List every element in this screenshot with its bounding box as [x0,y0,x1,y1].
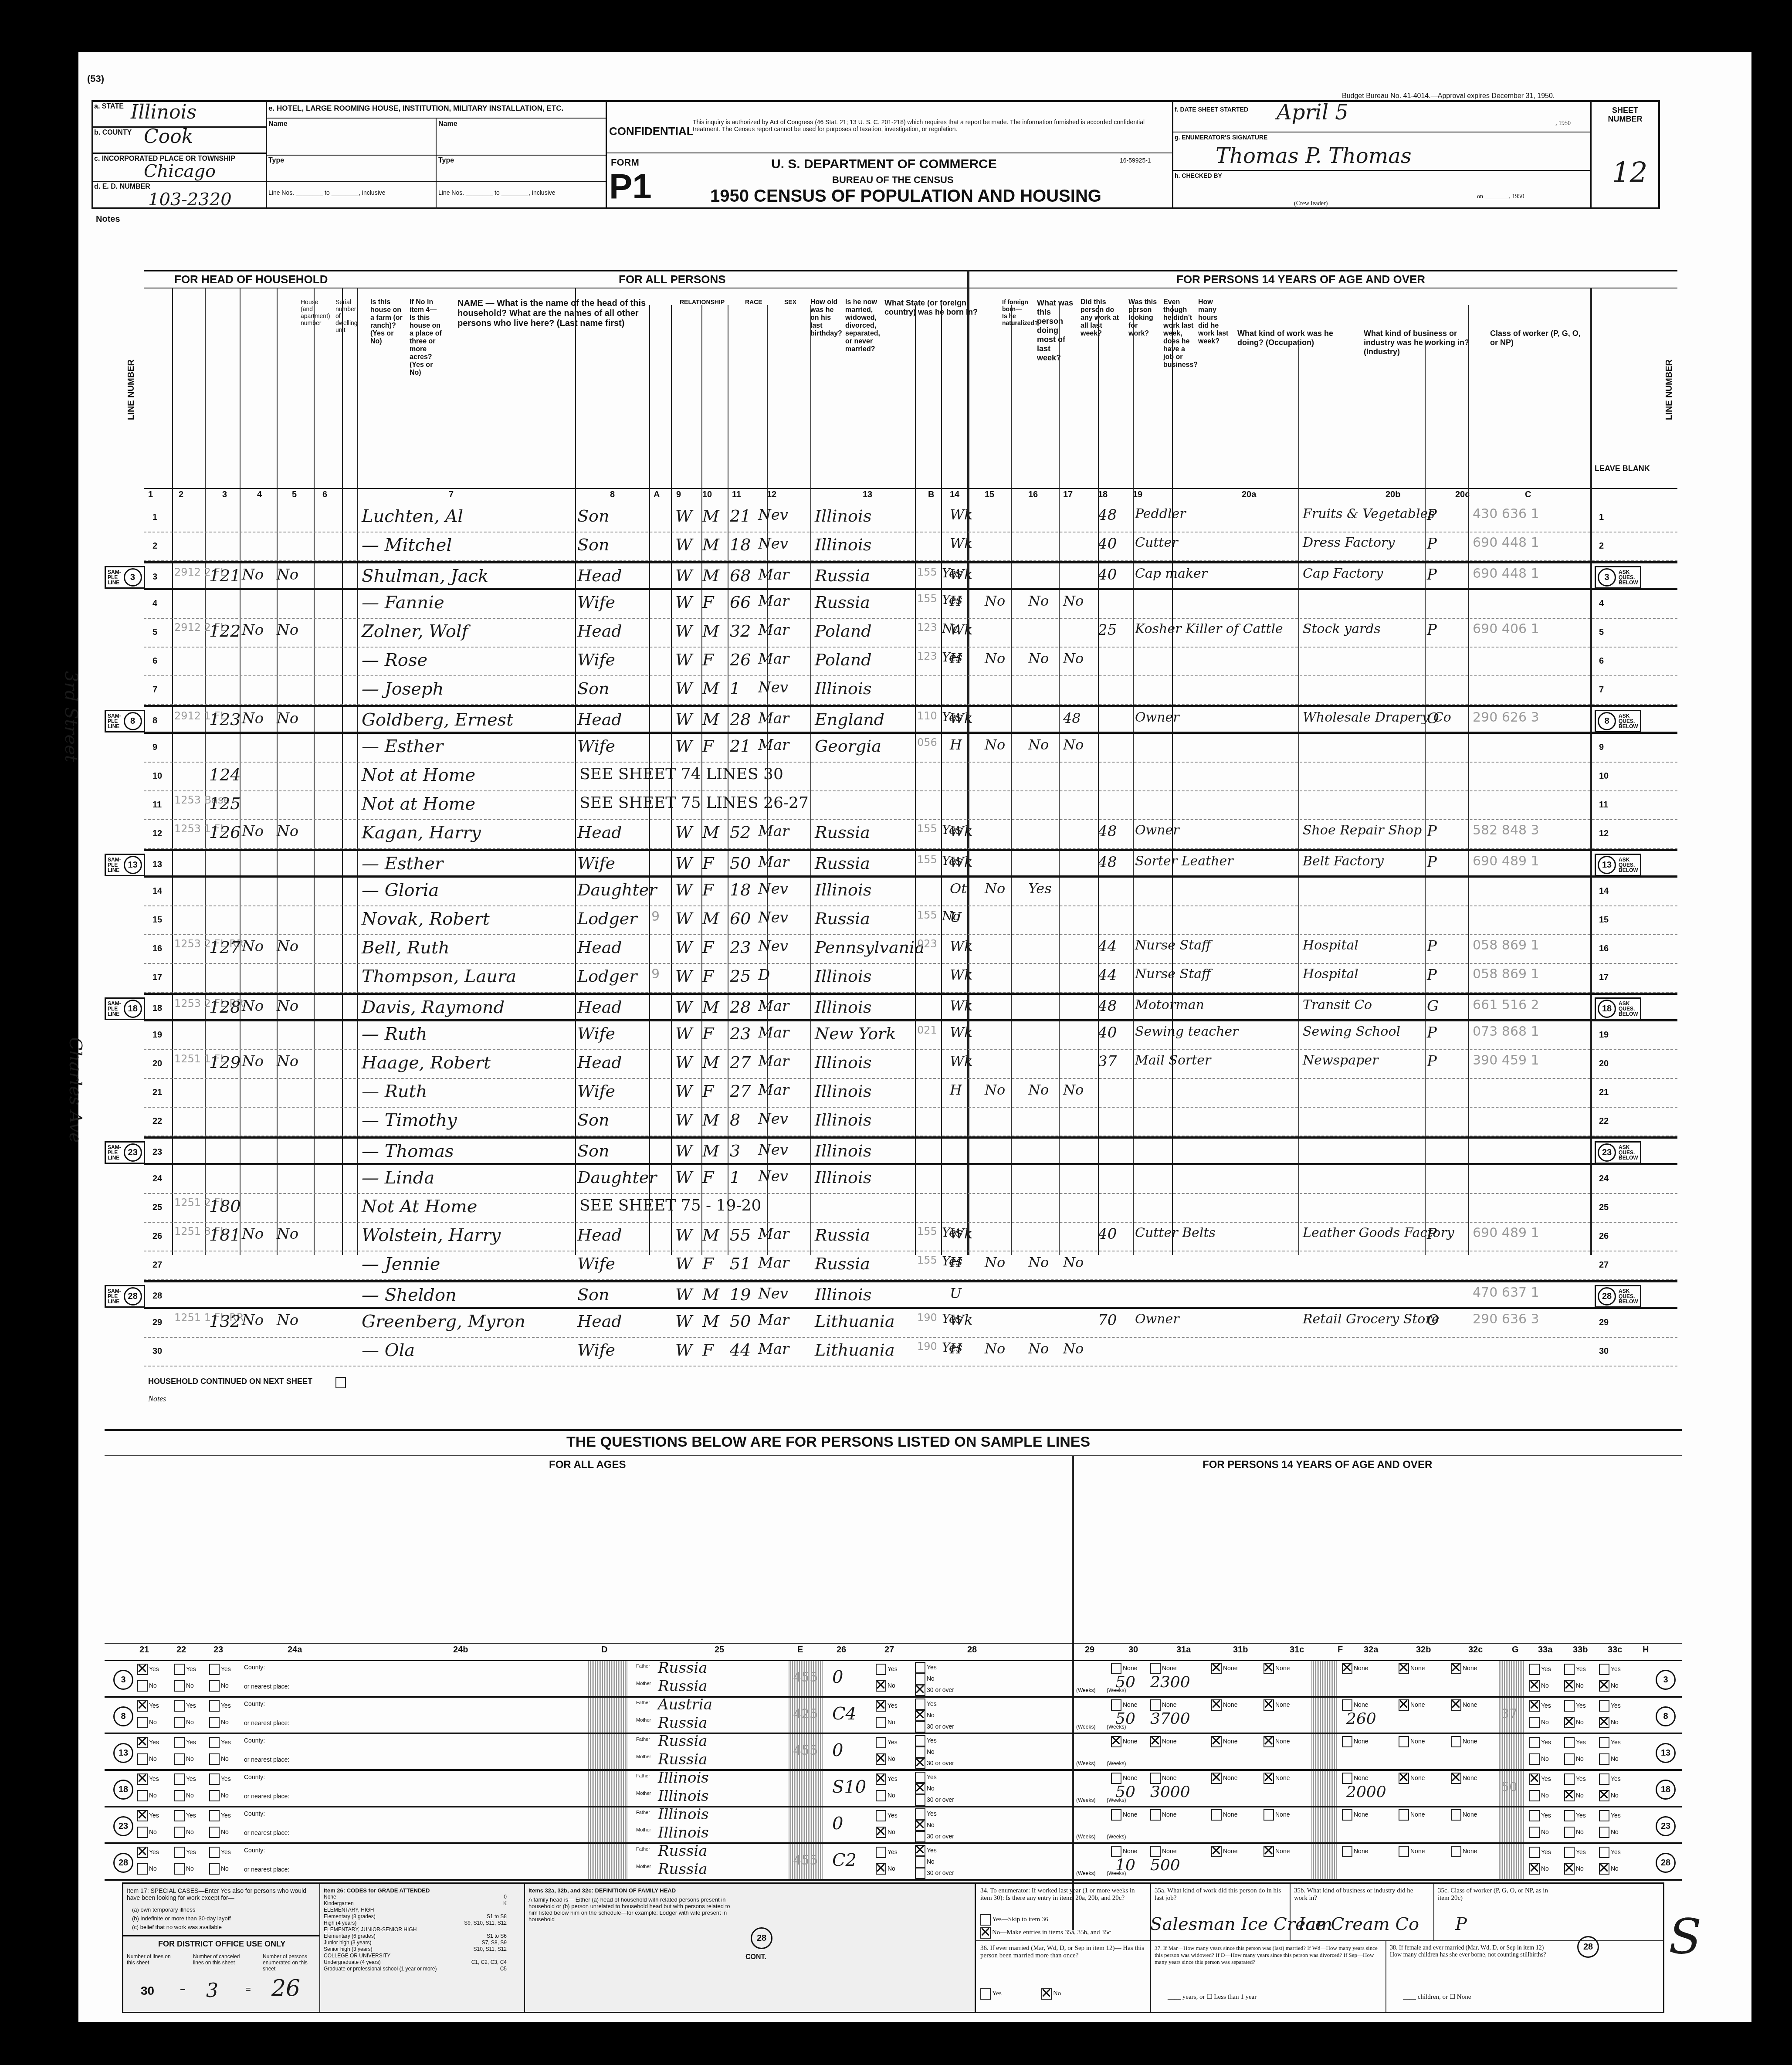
cell-occ: Kosher Killer of Cattle [1135,621,1283,637]
q23-yes-checkbox[interactable] [209,1847,220,1858]
cell-race: W [675,1141,692,1160]
sample-row: 3YesNoYesNoYesNoCounty:or nearest place:… [105,1661,1682,1698]
cell-birth: Illinois [815,1285,871,1304]
q31c-none-checkbox[interactable] [1264,1773,1274,1784]
sample-line-number: 18 [113,1780,133,1800]
q31c-none-checkbox[interactable] [1264,1846,1274,1857]
cell-race: W [675,566,692,585]
cell-mar: Nev [758,679,788,696]
line-number: 25 [152,1203,162,1213]
household-continued-checkbox[interactable] [335,1377,346,1388]
location-block: a. STATE Illinois b. COUNTY Cook c. INCO… [91,100,267,209]
cell-cls: P [1427,621,1437,639]
q27-yes-checkbox[interactable] [876,1737,886,1748]
q22-no-checkbox[interactable] [174,1863,185,1875]
q31a-none-checkbox[interactable] [1150,1736,1161,1747]
q33c-yes-checkbox[interactable] [1599,1847,1609,1858]
cell-acres: No [277,621,298,639]
cell-age: 55 [730,1225,751,1244]
q23-yes-checkbox[interactable] [209,1737,220,1748]
cell-hours: 48 [1098,997,1117,1015]
q21-no-checkbox[interactable] [137,1790,148,1801]
cell-b: 056 [917,736,937,749]
q28-yes-checkbox[interactable] [915,1735,925,1746]
cell-name: — Esther [362,854,443,874]
cell-activity: Wk [950,1312,972,1328]
grade-code-row: Junior high (3 years)S7, S8, S9 [324,1940,507,1946]
confidential-label: CONFIDENTIAL [609,125,694,138]
cell-sex: F [702,854,714,873]
cell-mar: Nev [758,880,788,898]
q28-30-checkbox[interactable] [915,1721,925,1733]
cell-rel: Son [577,679,609,698]
q32b-none-checkbox[interactable] [1399,1663,1409,1674]
cell-birth: Illinois [815,1110,871,1129]
q31c-none-checkbox[interactable] [1264,1809,1274,1821]
q36-yes-checkbox[interactable] [980,1988,991,2000]
sample-row: 23YesNoYesNoYesNoCounty:or nearest place… [105,1807,1682,1844]
q23-yes-checkbox[interactable] [209,1810,220,1821]
cell-occ: Peddler [1135,506,1186,522]
cell-rel: Wife [577,593,615,612]
person-row: 25251251 2 FL180Not At HomeSEE SHEET 75 … [144,1194,1677,1223]
q33a-yes-checkbox[interactable] [1529,1773,1540,1785]
q33b-no-checkbox[interactable] [1564,1680,1575,1692]
cell-name: — Linda [362,1168,434,1188]
person-row: 3SAM-PLELINE33ASKQUES.BELOW2912 2 FL121N… [144,561,1677,590]
q27-no-checkbox[interactable] [876,1680,886,1692]
q21-no-checkbox[interactable] [137,1753,148,1765]
sample-line-tag: SAM-PLELINE18 [105,997,145,1020]
cell-cls: P [1427,566,1437,583]
q33a-no-checkbox[interactable] [1529,1790,1540,1801]
cell-hours: 40 [1098,566,1117,583]
cell-rel: Son [577,1141,609,1160]
cell-age: 21 [730,506,751,526]
highest-grade: 0 [832,1667,843,1687]
q32b-none-checkbox[interactable] [1399,1736,1409,1747]
mother-birthplace: Russia [658,1751,708,1768]
q28-30-checkbox[interactable] [915,1758,925,1769]
census-sheet: (53) Budget Bureau No. 41-4014.—Approval… [78,52,1751,2022]
q23-yes-checkbox[interactable] [209,1664,220,1675]
q28-30-checkbox[interactable] [915,1831,925,1842]
line-number-right: 30 [1599,1346,1609,1356]
cell-age: 50 [730,1312,751,1331]
q32a-none-checkbox[interactable] [1342,1846,1352,1857]
ask-questions-below-tag: 13ASKQUES.BELOW [1595,854,1641,876]
ed-number: 103-2320 [148,190,232,210]
q27-yes-checkbox[interactable] [876,1664,886,1675]
q21-no-checkbox[interactable] [137,1827,148,1838]
q33a-no-checkbox[interactable] [1529,1827,1540,1838]
cell-cls: P [1427,1024,1437,1041]
cell-ind: Sewing School [1303,1024,1400,1039]
q21-no-checkbox[interactable] [137,1680,148,1692]
q32c-none-checkbox[interactable] [1451,1699,1461,1711]
cell-mar: Mar [758,1024,789,1041]
cell-sex: F [702,1082,714,1101]
form-id: P1 [609,169,652,204]
q33a-no-checkbox[interactable] [1529,1680,1540,1692]
q33c-no-checkbox[interactable] [1599,1753,1609,1765]
cell-birth: Illinois [815,966,871,986]
cell-ind: Fruits & Vegetables [1303,506,1435,522]
q27-no-checkbox[interactable] [876,1717,886,1728]
q28-no-checkbox[interactable] [915,1710,925,1721]
cell-age: 50 [730,854,751,873]
cell-ind: Newspaper [1303,1053,1378,1068]
ask-questions-below-tag: 28ASKQUES.BELOW [1595,1285,1641,1308]
q30-none-checkbox[interactable] [1111,1773,1121,1784]
q28-30-checkbox[interactable] [915,1685,925,1696]
leave-blank-d [588,1734,627,1769]
cell-occ: Sewing teacher [1135,1024,1239,1039]
q21-no-checkbox[interactable] [137,1863,148,1875]
q28-30-checkbox[interactable] [915,1868,925,1879]
cell-age: 66 [730,593,751,612]
q33b-yes-checkbox[interactable] [1564,1664,1575,1675]
q32a-none-checkbox[interactable] [1342,1773,1352,1784]
cell-name: — Fannie [362,593,444,613]
q33c-no-checkbox[interactable] [1599,1717,1609,1728]
cell-hours: 40 [1098,1024,1117,1041]
cell-code: 690 448 1 [1473,566,1539,581]
q22-no-checkbox[interactable] [174,1717,185,1728]
q33c-no-checkbox[interactable] [1599,1790,1609,1801]
q21-yes-checkbox[interactable] [137,1847,148,1858]
cell-race: W [675,1254,692,1273]
cell-sex: M [702,621,719,641]
q28-yes-checkbox[interactable] [915,1845,925,1856]
q21-yes-checkbox[interactable] [137,1773,148,1785]
q32c-none-checkbox[interactable] [1451,1846,1461,1857]
cell-ind: Stock yards [1303,621,1381,637]
q32b-none-checkbox[interactable] [1399,1699,1409,1711]
q33a-yes-checkbox[interactable] [1529,1700,1540,1712]
cell-race: W [675,1312,692,1331]
cell-serial: 124 [209,765,241,784]
q30-none-checkbox[interactable] [1111,1699,1121,1711]
line-number-right: 27 [1599,1260,1609,1270]
cell-activity: H [950,736,962,753]
q21-yes-checkbox[interactable] [137,1810,148,1821]
q22-yes-checkbox[interactable] [174,1773,185,1785]
cell-occ: Motorman [1135,997,1204,1013]
q33c-no-checkbox[interactable] [1599,1680,1609,1692]
cell-birth: Poland [815,650,872,669]
q28-no-checkbox[interactable] [915,1856,925,1868]
cell-q16: No [985,736,1005,753]
q27-yes-checkbox[interactable] [876,1773,886,1785]
cell-mar: Nev [758,1168,788,1185]
q32a-none-checkbox[interactable] [1342,1663,1352,1674]
cell-activity: H [950,650,962,667]
cell-sex: M [702,1053,719,1072]
line-number-right: 26 [1599,1231,1609,1241]
q33b-no-checkbox[interactable] [1564,1753,1575,1765]
q30-none-checkbox[interactable] [1111,1736,1121,1747]
cell-birth: England [815,710,884,729]
q36-no-checkbox[interactable] [1041,1988,1052,2000]
leave-blank-d [588,1807,627,1842]
q33b-no-checkbox[interactable] [1564,1863,1575,1875]
confidential-text: This inquiry is authorized by Act of Con… [693,119,1163,132]
q33c-yes-checkbox[interactable] [1599,1700,1609,1712]
department: U. S. DEPARTMENT OF COMMERCE [771,157,997,172]
q22-no-checkbox[interactable] [174,1827,185,1838]
date-started: April 5 [1277,100,1348,125]
grade-code-row: ELEMENTARY, JUNIOR-SENIOR HIGH [324,1926,507,1933]
cell-q17: No [1028,1254,1049,1271]
q32a-none-checkbox[interactable] [1342,1699,1352,1711]
grade-code-row: KindergartenK [324,1900,507,1907]
q27-yes-checkbox[interactable] [876,1810,886,1821]
q33a-yes-checkbox[interactable] [1529,1810,1540,1821]
cell-acres: No [277,997,298,1015]
q30-none-checkbox[interactable] [1111,1809,1121,1821]
q32c-none-checkbox[interactable] [1451,1663,1461,1674]
cell-sex: M [702,506,719,526]
q33a-yes-checkbox[interactable] [1529,1664,1540,1675]
cell-serial: 127 [209,938,241,957]
cell-rel: Wife [577,1024,615,1043]
cell-q16: No [985,1340,1005,1357]
q31a-none-checkbox[interactable] [1150,1699,1161,1711]
sample-line-tag: SAM-PLELINE8 [105,710,145,732]
q31a-none-checkbox[interactable] [1150,1809,1161,1821]
cell-rel: Wife [577,650,615,669]
cell-farm: No [242,1225,264,1243]
cell-q16: No [985,1254,1005,1271]
cell-mar: Nev [758,1285,788,1302]
cell-q17: No [1028,650,1049,667]
person-row: 44— FannieWifeWF66MarRussia155YesHNoNoNo [144,590,1677,619]
q33c-yes-checkbox[interactable] [1599,1810,1609,1821]
q33b-yes-checkbox[interactable] [1564,1810,1575,1821]
q31c-none-checkbox[interactable] [1264,1663,1274,1674]
q22-yes-checkbox[interactable] [174,1664,185,1675]
q23-yes-checkbox[interactable] [209,1773,220,1785]
q31b-none-checkbox[interactable] [1211,1773,1222,1784]
cell-sex: M [702,909,719,928]
cell-q17: Yes [1028,880,1052,897]
line-number: 17 [152,973,162,983]
cell-mar: Mar [758,1053,789,1070]
cell-name: Haage, Robert [362,1053,491,1073]
cell-occ: Cap maker [1135,566,1207,581]
cell-b: 155 [917,566,937,578]
cell-sex: M [702,1225,719,1244]
q27-no-checkbox[interactable] [876,1863,886,1875]
ask-questions-below-tag: 8ASKQUES.BELOW [1595,710,1641,732]
cell-b: 021 [917,1024,937,1036]
cell-name: Novak, Robert [362,909,490,929]
q31b-none-checkbox[interactable] [1211,1663,1222,1674]
canceled-lines: 3 [206,1980,218,2002]
cell-ind: Dress Factory [1303,535,1395,550]
q32b-none-checkbox[interactable] [1399,1773,1409,1784]
q22-yes-checkbox[interactable] [174,1700,185,1712]
line-number: 4 [152,599,157,609]
q33b-no-checkbox[interactable] [1564,1717,1575,1728]
q30-none-checkbox[interactable] [1111,1663,1121,1674]
q28-30-checkbox[interactable] [915,1794,925,1806]
cell-q17: No [1028,593,1049,609]
q21-yes-checkbox[interactable] [137,1700,148,1712]
q31a-none-checkbox[interactable] [1150,1773,1161,1784]
q33b-no-checkbox[interactable] [1564,1827,1575,1838]
cell-rel: Wife [577,1340,615,1360]
cell-race: W [675,506,692,526]
cell-rel: Son [577,506,609,526]
q31a-none-checkbox[interactable] [1150,1846,1161,1857]
q33a-no-checkbox[interactable] [1529,1717,1540,1728]
sample-row: 8YesNoYesNoYesNoCounty:or nearest place:… [105,1698,1682,1734]
line-number-right: 10 [1599,771,1609,781]
q23-yes-checkbox[interactable] [209,1700,220,1712]
q22-yes-checkbox[interactable] [174,1847,185,1858]
grade-code-row: High (4 years)S9, S10, S11, S12 [324,1920,507,1926]
q33a-no-checkbox[interactable] [1529,1863,1540,1875]
q33a-yes-checkbox[interactable] [1529,1737,1540,1748]
q33c-yes-checkbox[interactable] [1599,1737,1609,1748]
cell-acres: No [277,823,298,840]
q31b-none-checkbox[interactable] [1211,1846,1222,1857]
cell-sex: F [702,1340,714,1360]
q28-yes-checkbox[interactable] [915,1662,925,1673]
q27-yes-checkbox[interactable] [876,1700,886,1712]
sample-line-number: 23 [113,1816,133,1836]
cell-ind: Hospital [1303,938,1358,953]
line-number: 19 [152,1030,162,1040]
cell-q16: No [985,880,1005,897]
q21-no-checkbox[interactable] [137,1717,148,1728]
q32b-none-checkbox[interactable] [1399,1809,1409,1821]
cell-rel: Head [577,621,622,641]
cell-code: 290 626 3 [1473,710,1539,725]
q21-yes-checkbox[interactable] [137,1737,148,1748]
cell-mar: Nev [758,909,788,926]
person-row: 22— MitchelSonWM18NevIllinoisWk40CutterD… [144,532,1677,561]
cell-race: W [675,1082,692,1101]
cell-occ: Owner [1135,710,1179,725]
cell-cls: O [1427,1312,1439,1329]
cell-race: W [675,710,692,729]
q22-no-checkbox[interactable] [174,1790,185,1801]
cell-b: 110 [917,710,937,722]
person-row: 2222— TimothySonWM8NevIllinois [144,1108,1677,1136]
cell-mar: Mar [758,823,789,840]
cell-name: — Rose [362,650,427,670]
cell-hours: 48 [1098,854,1117,871]
q23-no-checkbox[interactable] [209,1827,220,1838]
cell-rel: Head [577,710,622,729]
cell-birth: Pennsylvania [815,938,925,957]
father-birthplace: Illinois [658,1769,709,1787]
q22-no-checkbox[interactable] [174,1753,185,1765]
cell-race: W [675,593,692,612]
cell-name: Luchten, Al [362,506,463,526]
q31b-none-checkbox[interactable] [1211,1736,1222,1747]
cell-farm: No [242,997,264,1015]
q28-no-checkbox[interactable] [915,1820,925,1831]
cell-name: — Mitchel [362,535,452,555]
q23-no-checkbox[interactable] [209,1790,220,1801]
q32b-none-checkbox[interactable] [1399,1846,1409,1857]
cell-birth: Illinois [815,1141,871,1160]
q23-no-checkbox[interactable] [209,1753,220,1765]
cell-q16: No [985,650,1005,667]
cell-occ: Nurse Staff [1135,938,1211,953]
cell-hours: 37 [1098,1053,1117,1070]
q32a-none-checkbox[interactable] [1342,1809,1352,1821]
q32c-none-checkbox[interactable] [1451,1809,1461,1821]
cell-b: 123 [917,621,937,634]
relatives-wages: 260 [1346,1710,1376,1728]
q23-no-checkbox[interactable] [209,1717,220,1728]
q32c-none-checkbox[interactable] [1451,1773,1461,1784]
q33b-no-checkbox[interactable] [1564,1790,1575,1801]
q23-no-checkbox[interactable] [209,1680,220,1692]
q33c-no-checkbox[interactable] [1599,1827,1609,1838]
q28-no-checkbox[interactable] [915,1783,925,1794]
q33b-yes-checkbox[interactable] [1564,1847,1575,1858]
q33b-yes-checkbox[interactable] [1564,1773,1575,1785]
q32c-none-checkbox[interactable] [1451,1736,1461,1747]
cell-race: W [675,621,692,641]
q34-no-checkbox[interactable] [980,1927,991,1939]
cell-age: 18 [730,880,751,899]
q32a-none-checkbox[interactable] [1342,1736,1352,1747]
q22-yes-checkbox[interactable] [174,1810,185,1821]
q27-yes-checkbox[interactable] [876,1847,886,1858]
q33a-no-checkbox[interactable] [1529,1753,1540,1765]
q22-no-checkbox[interactable] [174,1680,185,1692]
q27-no-checkbox[interactable] [876,1790,886,1801]
q31b-none-checkbox[interactable] [1211,1699,1222,1711]
q23-no-checkbox[interactable] [209,1863,220,1875]
q33c-yes-checkbox[interactable] [1599,1664,1609,1675]
q22-yes-checkbox[interactable] [174,1737,185,1748]
leave-blank-f [1311,1734,1338,1769]
q33a-yes-checkbox[interactable] [1529,1847,1540,1858]
q33b-yes-checkbox[interactable] [1564,1737,1575,1748]
cell-age: 26 [730,650,751,669]
cell-ind: Belt Factory [1303,854,1384,869]
q33c-yes-checkbox[interactable] [1599,1773,1609,1785]
q27-no-checkbox[interactable] [876,1827,886,1838]
cell-q18: 48 [1063,710,1081,726]
cell-age: 21 [730,736,751,756]
cell-cls: P [1427,1225,1437,1243]
q31a-none-checkbox[interactable] [1150,1663,1161,1674]
q31b-none-checkbox[interactable] [1211,1809,1222,1821]
q27-no-checkbox[interactable] [876,1753,886,1765]
cell-mar: Mar [758,1254,789,1272]
cell-code: 290 636 3 [1473,1312,1539,1327]
q33c-no-checkbox[interactable] [1599,1863,1609,1875]
cell-race: W [675,679,692,698]
q33b-yes-checkbox[interactable] [1564,1700,1575,1712]
q31c-none-checkbox[interactable] [1264,1736,1274,1747]
q30-none-checkbox[interactable] [1111,1846,1121,1857]
q31c-none-checkbox[interactable] [1264,1699,1274,1711]
cell-occ: Cutter [1135,535,1178,550]
q21-yes-checkbox[interactable] [137,1664,148,1675]
line-number-right: 15 [1599,915,1609,925]
footer-instructions: Item 17: SPECIAL CASES—Enter Yes also fo… [122,1882,976,2013]
